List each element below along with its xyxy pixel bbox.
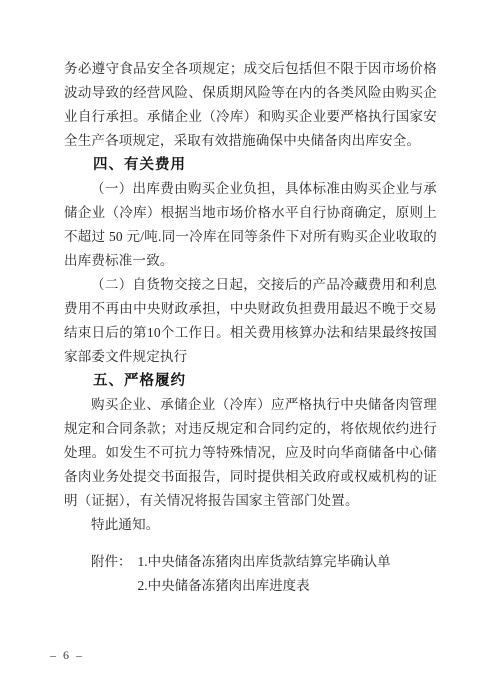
attachments-block: 附件：1.中央储备冻猪肉出库货款结算完毕确认单2.中央储备冻猪肉出库进度表: [64, 550, 437, 598]
paragraph: 购买企业、承储企业（冷库）应严格执行中央储备肉管理规定和合同条款；对违反规定和合…: [64, 393, 437, 513]
section-heading: 五、严格履约: [64, 369, 437, 393]
page-number: – 6 –: [50, 648, 84, 663]
attachments-label: 附件：: [91, 550, 138, 598]
document-page: 务必遵守食品安全各项规定；成交后包括但不限于因市场价格波动导致的经营风险、保质期…: [0, 0, 494, 700]
attachment-item: 2.中央储备冻猪肉出库进度表: [138, 574, 438, 598]
section-heading: 四、有关费用: [64, 153, 437, 177]
document-body: 务必遵守食品安全各项规定；成交后包括但不限于因市场价格波动导致的经营风险、保质期…: [64, 57, 437, 598]
paragraph: （二）自货物交接之日起，交接后的产品冷藏费用和利息费用不再由中央财政承担，中央财…: [64, 273, 437, 369]
attachment-item: 1.中央储备冻猪肉出库货款结算完毕确认单: [138, 550, 438, 574]
paragraph: 务必遵守食品安全各项规定；成交后包括但不限于因市场价格波动导致的经营风险、保质期…: [64, 57, 437, 153]
paragraph: 特此通知。: [64, 513, 437, 537]
paragraph: （一）出库费由购买企业负担，具体标准由购买企业与承储企业（冷库）根据当地市场价格…: [64, 177, 437, 273]
attachments-list: 1.中央储备冻猪肉出库货款结算完毕确认单2.中央储备冻猪肉出库进度表: [138, 550, 438, 598]
